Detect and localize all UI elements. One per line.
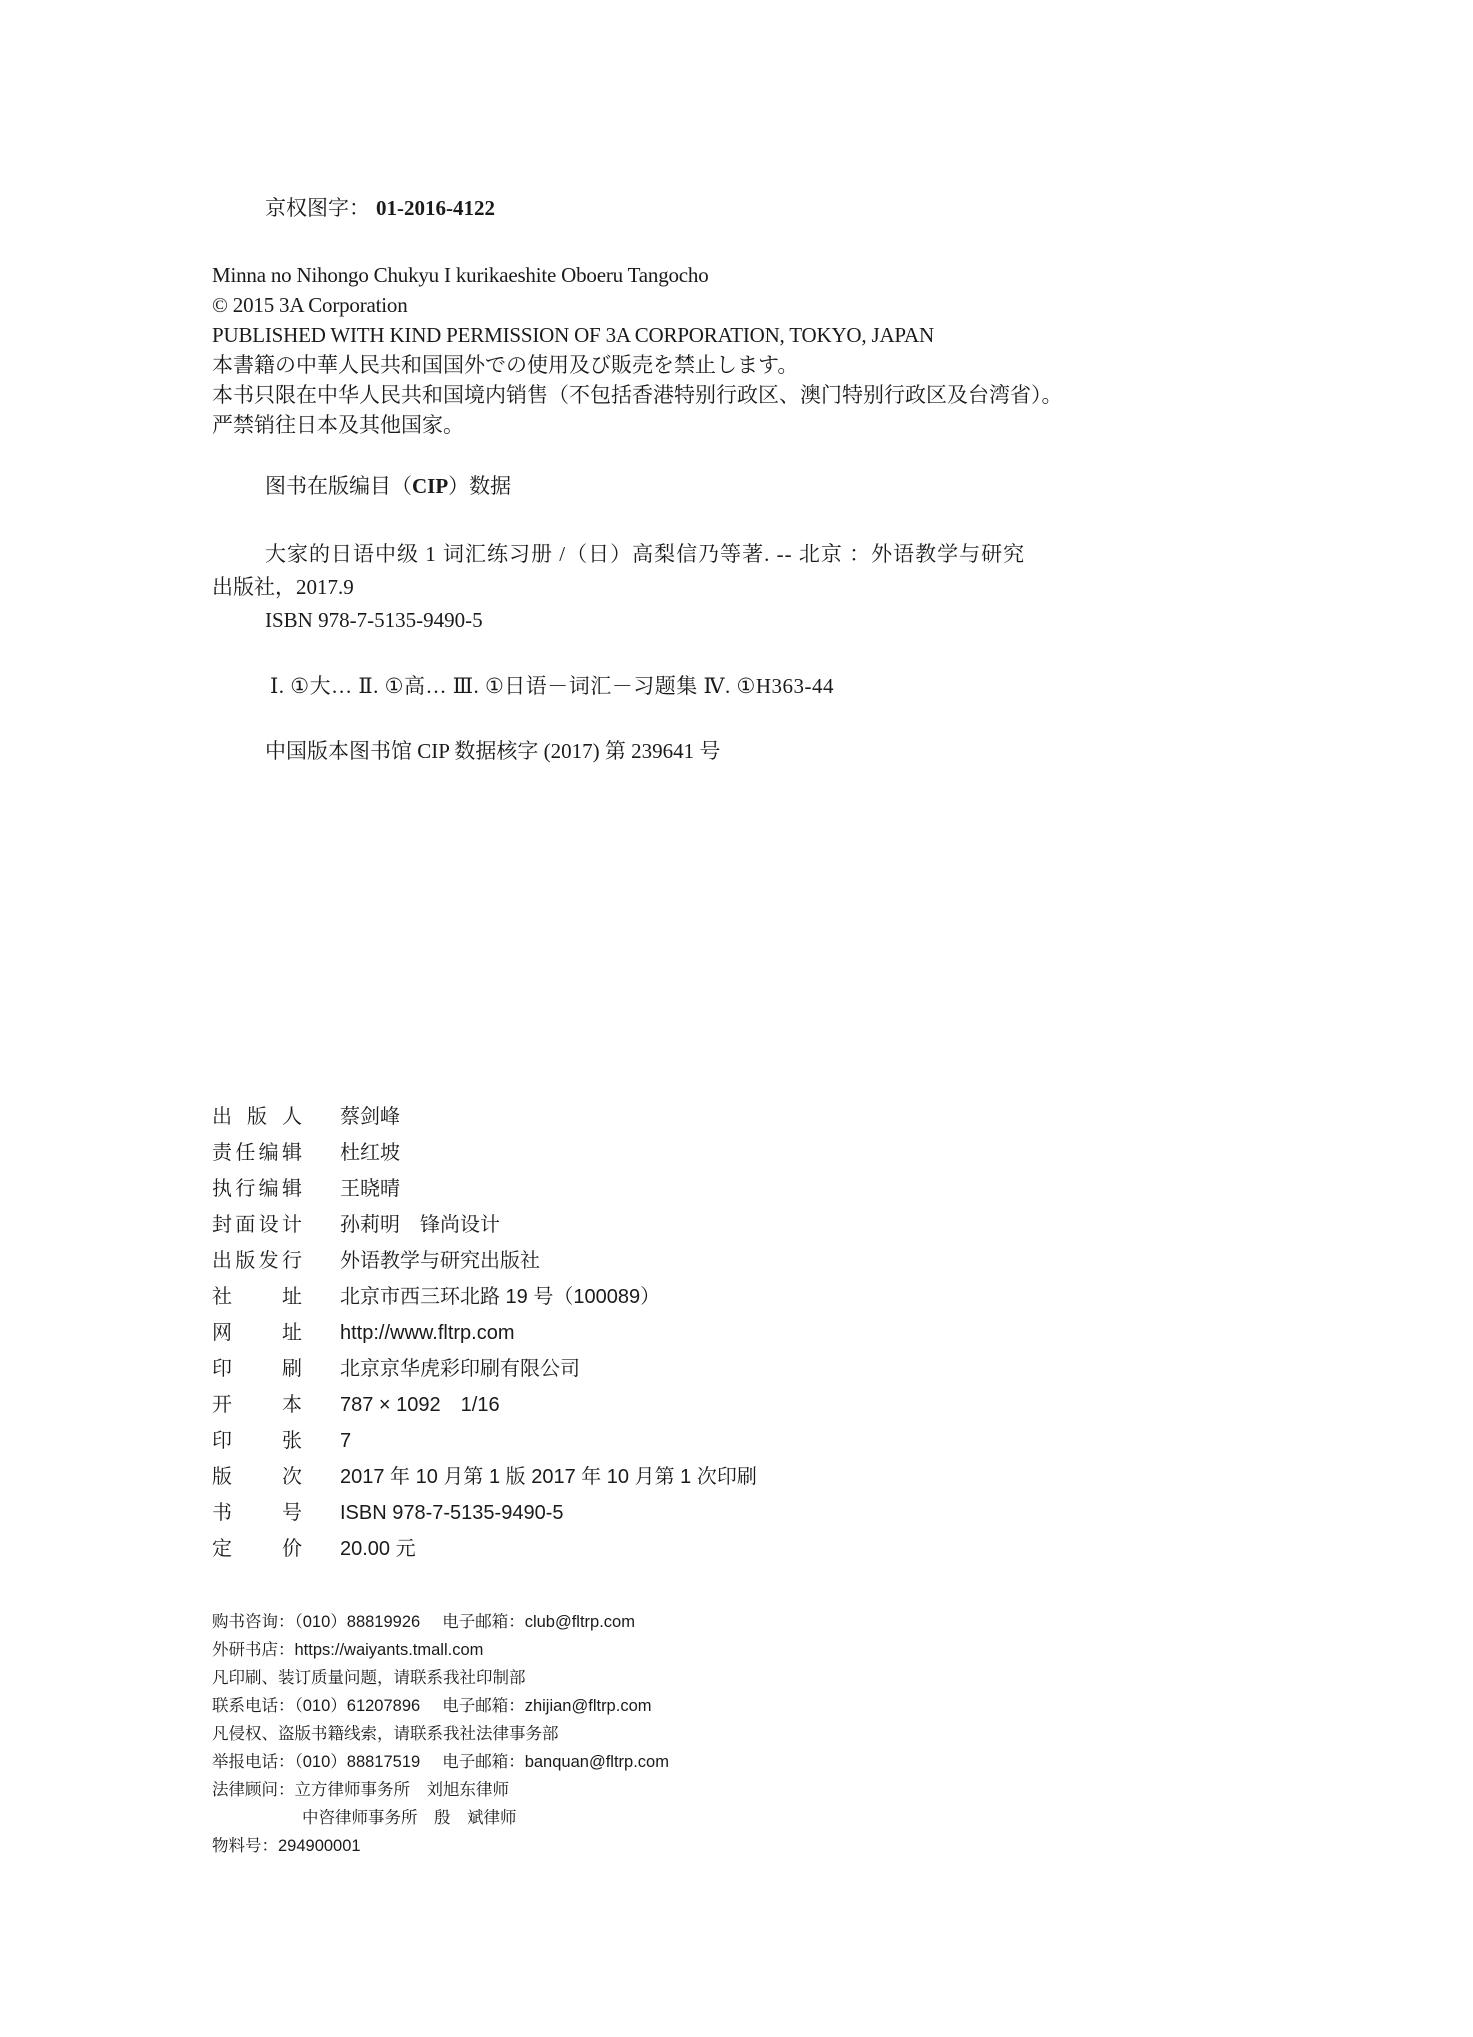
copyright-license-number: 京权图字：01-2016-4122 (265, 198, 495, 219)
colophon-label: 网 址 (212, 1319, 302, 1355)
colophon-label: 版 次 (212, 1463, 302, 1499)
label-char: 址 (282, 1283, 302, 1319)
colophon-row-edition: 版 次 2017 年 10 月第 1 版 2017 年 10 月第 1 次印刷 (212, 1463, 757, 1499)
colophon-value: 北京京华虎彩印刷有限公司 (340, 1355, 580, 1391)
report-contact: 举报电话：（010）88817519电子邮箱：banquan@fltrp.com (212, 1750, 669, 1778)
colophon-label: 责 任 编 辑 (212, 1139, 302, 1175)
colophon-label: 印 刷 (212, 1355, 302, 1391)
label-char: 印 (212, 1427, 232, 1463)
copyright-block: Minna no Nihongo Chukyu I kurikaeshite O… (212, 260, 1063, 440)
label-char: 张 (282, 1427, 302, 1463)
colophon-value: 787 × 1092 1/16 (340, 1391, 500, 1427)
label-char: 版 (235, 1247, 255, 1283)
label-char: 编 (259, 1175, 279, 1211)
label-char: 版 (212, 1463, 232, 1499)
colophon-row-distributor: 出 版 发 行 外语教学与研究出版社 (212, 1247, 757, 1283)
cip-header: 图书在版编目（CIP）数据 (265, 476, 511, 497)
legal-counsel-1: 立方律师事务所 刘旭东律师 (295, 1781, 510, 1799)
label-char: 号 (282, 1499, 302, 1535)
email-label: 电子邮箱： (442, 1697, 525, 1715)
legal-counsel-2: 中咨律师事务所 殷 斌律师 (212, 1806, 669, 1834)
quality-contact: 联系电话：（010）61207896电子邮箱：zhijian@fltrp.com (212, 1694, 669, 1722)
chinese-sale-restriction: 本书只限在中华人民共和国境内销售（不包括香港特别行政区、澳门特别行政区及台湾省）… (212, 380, 1063, 410)
purchase-phone: （010）88819926 (295, 1613, 421, 1631)
colophon-label: 书 号 (212, 1499, 302, 1535)
colophon-value: 北京市西三环北路 19 号（100089） (340, 1283, 660, 1319)
quality-label: 联系电话： (212, 1697, 295, 1715)
label-char: 价 (282, 1535, 302, 1571)
colophon-label: 社 址 (212, 1283, 302, 1319)
purchase-label: 购书咨询： (212, 1613, 295, 1631)
cip-header-prefix: 图书在版编目（ (265, 474, 412, 498)
report-phone: （010）88817519 (295, 1753, 421, 1771)
copyright-notice: © 2015 3A Corporation (212, 290, 1063, 320)
label-char: 版 (247, 1103, 267, 1139)
permission-notice: PUBLISHED WITH KIND PERMISSION OF 3A COR… (212, 320, 1063, 350)
report-label: 举报电话： (212, 1753, 295, 1771)
cip-header-suffix: ）数据 (448, 474, 511, 498)
colophon-label: 封 面 设 计 (212, 1211, 302, 1247)
cip-isbn: ISBN 978-7-5135-9490-5 (212, 604, 1025, 637)
colophon-label: 印 张 (212, 1427, 302, 1463)
colophon-label: 出 版 人 (212, 1103, 302, 1139)
store-url-link[interactable]: https://waiyants.tmall.com (295, 1641, 484, 1659)
label-char: 编 (259, 1139, 279, 1175)
contact-block: 购书咨询：（010）88819926电子邮箱：club@fltrp.com 外研… (212, 1610, 669, 1862)
material-number-value: 294900001 (278, 1837, 361, 1855)
cip-header-acronym: CIP (412, 474, 448, 498)
colophon-row-publisher: 出 版 人 蔡剑峰 (212, 1103, 757, 1139)
material-number: 物料号：294900001 (212, 1834, 669, 1862)
colophon-value: 杜红坡 (340, 1139, 400, 1175)
colophon-value: ISBN 978-7-5135-9490-5 (340, 1499, 563, 1535)
label-char: 刷 (282, 1355, 302, 1391)
colophon-row-sheets: 印 张 7 (212, 1427, 757, 1463)
quality-email-link[interactable]: zhijian@fltrp.com (525, 1697, 652, 1715)
colophon-value: 2017 年 10 月第 1 版 2017 年 10 月第 1 次印刷 (340, 1463, 757, 1499)
colophon-row-executive-editor: 执 行 编 辑 王晓晴 (212, 1175, 757, 1211)
label-char: 行 (235, 1175, 255, 1211)
quality-phone: （010）61207896 (295, 1697, 421, 1715)
label-char: 执 (212, 1175, 232, 1211)
report-email-link[interactable]: banquan@fltrp.com (525, 1753, 669, 1771)
label-char: 定 (212, 1535, 232, 1571)
label-char: 封 (212, 1211, 232, 1247)
email-label: 电子邮箱： (442, 1613, 525, 1631)
legal-counsel: 法律顾问：立方律师事务所 刘旭东律师 (212, 1778, 669, 1806)
email-label: 电子邮箱： (442, 1753, 525, 1771)
colophon-label: 开 本 (212, 1391, 302, 1427)
colophon-row-printer: 印 刷 北京京华虎彩印刷有限公司 (212, 1355, 757, 1391)
cip-classification: Ⅰ. ①大… Ⅱ. ①高… Ⅲ. ①日语－词汇－习题集 Ⅳ. ①H363-44 (270, 676, 834, 697)
colophon-label: 执 行 编 辑 (212, 1175, 302, 1211)
colophon-label: 定 价 (212, 1535, 302, 1571)
colophon-row-address: 社 址 北京市西三环北路 19 号（100089） (212, 1283, 757, 1319)
label-char: 开 (212, 1391, 232, 1427)
label-char: 出 (212, 1103, 232, 1139)
cip-verification-number: 中国版本图书馆 CIP 数据核字 (2017) 第 239641 号 (265, 741, 720, 762)
label-char: 印 (212, 1355, 232, 1391)
store-label: 外研书店： (212, 1641, 295, 1659)
label-char: 书 (212, 1499, 232, 1535)
colophon-value: 蔡剑峰 (340, 1103, 400, 1139)
label-char: 辑 (282, 1175, 302, 1211)
label-char: 网 (212, 1319, 232, 1355)
label-char: 址 (282, 1319, 302, 1355)
label-char: 责 (212, 1139, 232, 1175)
colophon-value: 外语教学与研究出版社 (340, 1247, 540, 1283)
online-store: 外研书店：https://waiyants.tmall.com (212, 1638, 669, 1666)
colophon-value: 20.00 元 (340, 1535, 416, 1571)
colophon-value: 孙莉明 锋尚设计 (340, 1211, 500, 1247)
website-link[interactable]: http://www.fltrp.com (340, 1319, 515, 1355)
export-prohibition: 严禁销往日本及其他国家。 (212, 410, 1063, 440)
label-char: 出 (212, 1247, 232, 1283)
label-char: 任 (235, 1139, 255, 1175)
cip-entry-title: 大家的日语中级 1 词汇练习册 /（日）高梨信乃等著. -- 北京 ：外语教学与… (212, 538, 1025, 571)
original-title: Minna no Nihongo Chukyu I kurikaeshite O… (212, 260, 1063, 290)
japanese-sale-restriction: 本書籍の中華人民共和国国外での使用及び販売を禁止します。 (212, 350, 1063, 380)
label-char: 计 (282, 1211, 302, 1247)
purchase-email-link[interactable]: club@fltrp.com (525, 1613, 635, 1631)
colophon-row-format: 开 本 787 × 1092 1/16 (212, 1391, 757, 1427)
piracy-note: 凡侵权、盗版书籍线索，请联系我社法律事务部 (212, 1722, 669, 1750)
cip-entry-publisher: 出版社，2017.9 (212, 571, 1025, 604)
license-number-value: 01-2016-4122 (376, 196, 495, 220)
colophon-row-cover-design: 封 面 设 计 孙莉明 锋尚设计 (212, 1211, 757, 1247)
label-char: 辑 (282, 1139, 302, 1175)
colophon-value: 王晓晴 (340, 1175, 400, 1211)
cip-entry: 大家的日语中级 1 词汇练习册 /（日）高梨信乃等著. -- 北京 ：外语教学与… (212, 538, 1025, 637)
material-label: 物料号： (212, 1837, 278, 1855)
label-char: 次 (282, 1463, 302, 1499)
label-char: 面 (235, 1211, 255, 1247)
colophon-row-editor: 责 任 编 辑 杜红坡 (212, 1139, 757, 1175)
colophon-table: 出 版 人 蔡剑峰 责 任 编 辑 杜红坡 执 行 编 辑 王晓晴 封 面 设 … (212, 1103, 757, 1571)
label-char: 发 (259, 1247, 279, 1283)
purchase-inquiry: 购书咨询：（010）88819926电子邮箱：club@fltrp.com (212, 1610, 669, 1638)
colophon-row-price: 定 价 20.00 元 (212, 1535, 757, 1571)
label-char: 行 (282, 1247, 302, 1283)
label-char: 设 (259, 1211, 279, 1247)
colophon-value: 7 (340, 1427, 351, 1463)
colophon-label: 出 版 发 行 (212, 1247, 302, 1283)
colophon-row-isbn: 书 号 ISBN 978-7-5135-9490-5 (212, 1499, 757, 1535)
license-label: 京权图字： (265, 196, 370, 220)
label-char: 本 (282, 1391, 302, 1427)
label-char: 社 (212, 1283, 232, 1319)
print-quality-note: 凡印刷、装订质量问题，请联系我社印制部 (212, 1666, 669, 1694)
label-char: 人 (282, 1103, 302, 1139)
colophon-row-website: 网 址 http://www.fltrp.com (212, 1319, 757, 1355)
legal-label: 法律顾问： (212, 1781, 295, 1799)
